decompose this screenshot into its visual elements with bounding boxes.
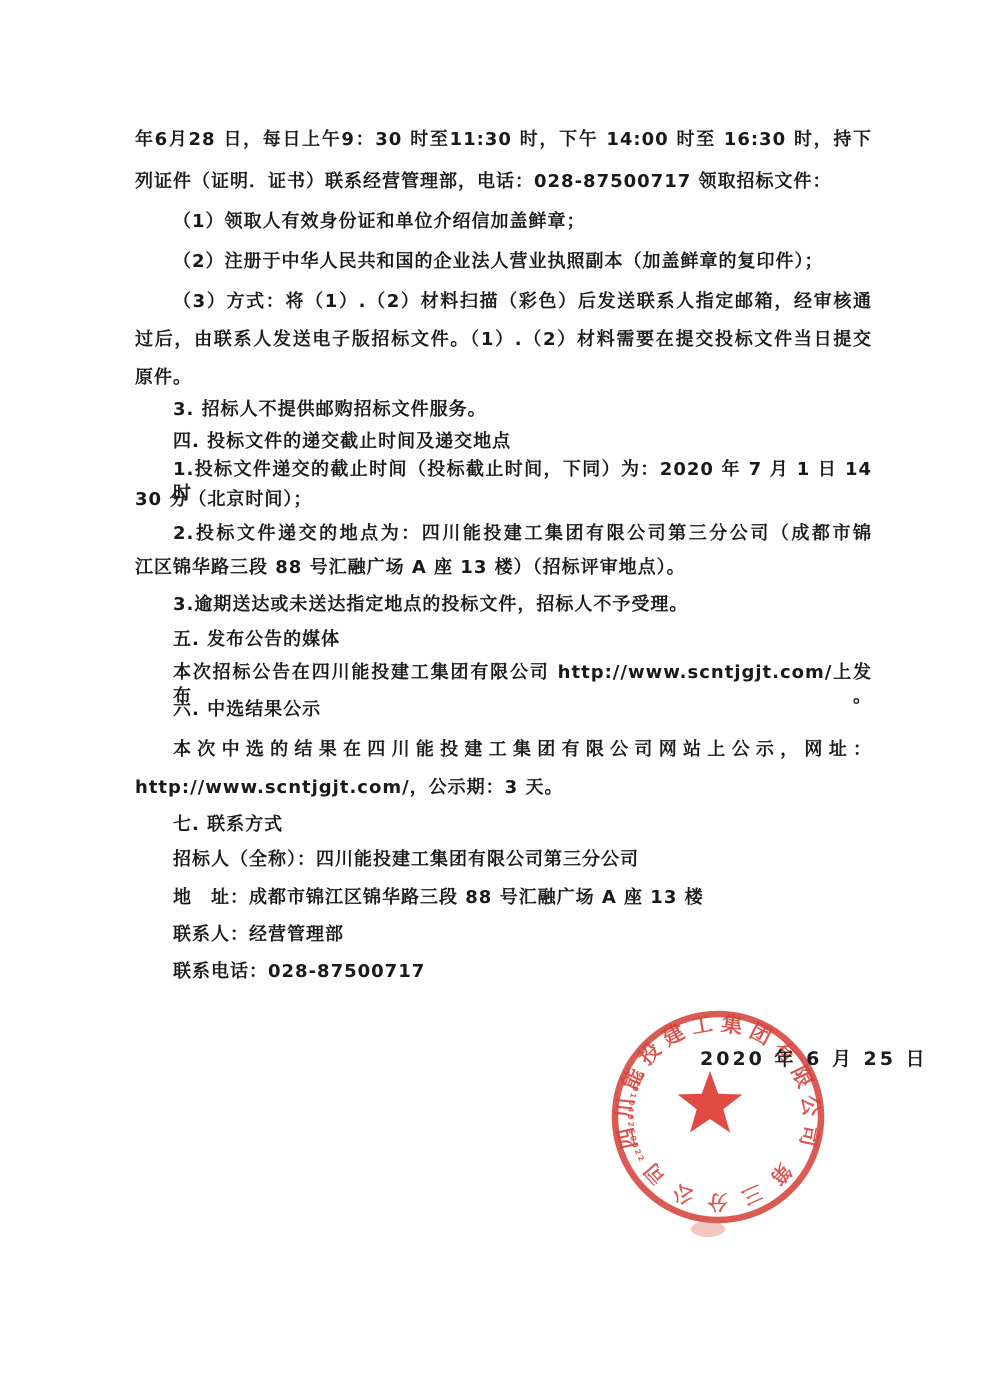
doc-line: （2）注册于中华人民共和国的企业法人营业执照副本（加盖鲜章的复印件）；: [135, 250, 872, 274]
issue-date: 2020 年 6 月 25 日: [700, 1044, 928, 1071]
company-seal: 四川能投建工集团有限公司 第三分公司 5101040250922: [610, 1005, 830, 1245]
doc-line: 原件。: [135, 366, 872, 390]
doc-line: http://www.scntjgjt.com/，公示期：3 天。: [135, 776, 872, 800]
doc-line: 联系电话：028-87500717: [135, 960, 872, 984]
svg-text:四川能投建工集团有限公司: 四川能投建工集团有限公司: [612, 1012, 823, 1152]
doc-line: 3.逾期送达或未送达指定地点的投标文件，招标人不予受理。: [135, 593, 872, 617]
doc-line: 2.投标文件递交的地点为：四川能投建工集团有限公司第三分公司（成都市锦: [135, 522, 872, 546]
doc-line: （1）领取人有效身份证和单位介绍信加盖鲜章；: [135, 210, 872, 234]
seal-company-text: 四川能投建工集团有限公司: [612, 1012, 823, 1152]
star-icon: [678, 1071, 743, 1133]
doc-line: 过后，由联系人发送电子版招标文件。（1）.（2）材料需要在提交投标文件当日提交: [135, 328, 872, 352]
doc-section-heading: 六. 中选结果公示: [135, 698, 872, 722]
doc-line: 年6月28 日，每日上午9：30 时至11:30 时，下午 14:00 时至 1…: [135, 128, 872, 152]
doc-line: 30 分（北京时间）；: [135, 488, 872, 512]
doc-line: 本次中选的结果在四川能投建工集团有限公司网站上公示，网址：: [135, 738, 872, 762]
doc-section-heading: 四. 投标文件的递交截止时间及递交地点: [135, 430, 872, 454]
doc-line: 3. 招标人不提供邮购招标文件服务。: [135, 398, 872, 422]
doc-section-heading: 五. 发布公告的媒体: [135, 628, 872, 652]
doc-line: 地 址：成都市锦江区锦华路三段 88 号汇融广场 A 座 13 楼: [135, 886, 872, 910]
doc-line: 联系人：经营管理部: [135, 923, 872, 947]
doc-line: 江区锦华路三段 88 号汇融广场 A 座 13 楼）（招标评审地点）。: [135, 556, 872, 580]
doc-line: 招标人（全称）：四川能投建工集团有限公司第三分公司: [135, 848, 872, 872]
doc-line: 列证件（证明．证书）联系经营管理部，电话：028-87500717 领取招标文件…: [135, 170, 872, 194]
stamp-smudge: [691, 1221, 725, 1237]
doc-line: （3）方式：将（1）.（2）材料扫描（彩色）后发送联系人指定邮箱，经审核通: [135, 290, 872, 314]
doc-section-heading: 七. 联系方式: [135, 813, 872, 837]
